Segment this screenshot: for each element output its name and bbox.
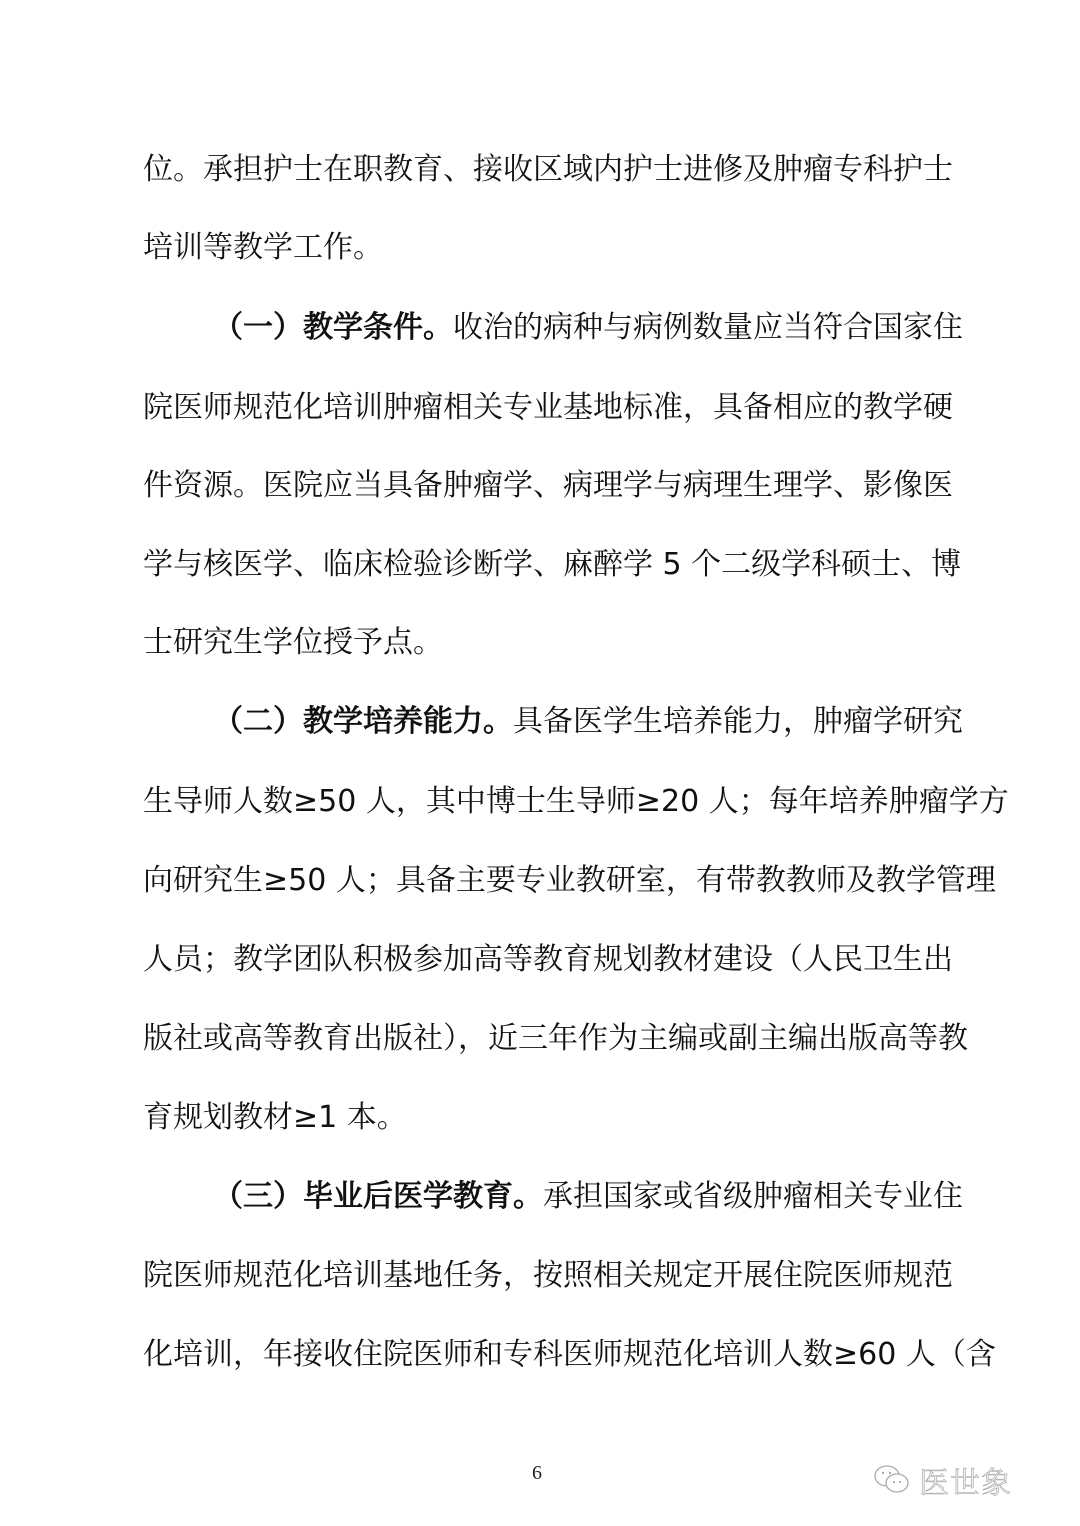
text-line: 院医师规范化培训基地任务，按照相关规定开展住院医师规范 — [143, 1256, 939, 1296]
text-line: 化培训，年接收住院医师和专科医师规范化培训人数≥60 人（含 — [143, 1335, 939, 1375]
text-line: 育规划教材≥1 本。 — [143, 1098, 939, 1138]
text-line: 位。承担护士在职教育、接收区域内护士进修及肿瘤专科护士 — [143, 150, 939, 190]
text-line: 士研究生学位授予点。 — [143, 623, 939, 663]
section-1-text: 收治的病种与病例数量应当符合国家住 — [453, 310, 963, 345]
section-2-heading: （二）教学培养能力。 — [213, 704, 513, 739]
text-line: 件资源。医院应当具备肿瘤学、病理学与病理生理学、影像医 — [143, 466, 939, 506]
section-2-line: （二）教学培养能力。具备医学生培养能力，肿瘤学研究 — [213, 702, 939, 742]
page-number: 6 — [532, 1462, 542, 1485]
text-line: 院医师规范化培训肿瘤相关专业基地标准，具备相应的教学硬 — [143, 388, 939, 428]
text-line: 向研究生≥50 人；具备主要专业教研室，有带教教师及教学管理 — [143, 861, 939, 901]
section-3-heading: （三）毕业后医学教育。 — [213, 1179, 543, 1214]
section-3-text: 承担国家或省级肿瘤相关专业住 — [543, 1179, 963, 1214]
section-2-text: 具备医学生培养能力，肿瘤学研究 — [513, 704, 963, 739]
watermark-text: 医世象 — [919, 1458, 1012, 1502]
text-line: 生导师人数≥50 人，其中博士生导师≥20 人；每年培养肿瘤学方 — [143, 782, 939, 822]
text-line: 学与核医学、临床检验诊断学、麻醉学 5 个二级学科硕士、博 — [143, 545, 939, 585]
section-3-line: （三）毕业后医学教育。承担国家或省级肿瘤相关专业住 — [213, 1177, 939, 1217]
text-line: 培训等教学工作。 — [143, 228, 939, 268]
text-line: 版社或高等教育出版社），近三年作为主编或副主编出版高等教 — [143, 1019, 939, 1059]
watermark: 医世象 — [873, 1460, 1012, 1500]
text-line: 人员；教学团队积极参加高等教育规划教材建设（人民卫生出 — [143, 940, 939, 980]
section-1-heading: （一）教学条件。 — [213, 310, 453, 345]
section-1-line: （一）教学条件。收治的病种与病例数量应当符合国家住 — [213, 308, 939, 348]
document-page: 位。承担护士在职教育、接收区域内护士进修及肿瘤专科护士 培训等教学工作。 （一）… — [0, 0, 1080, 1526]
wechat-icon — [873, 1464, 911, 1496]
